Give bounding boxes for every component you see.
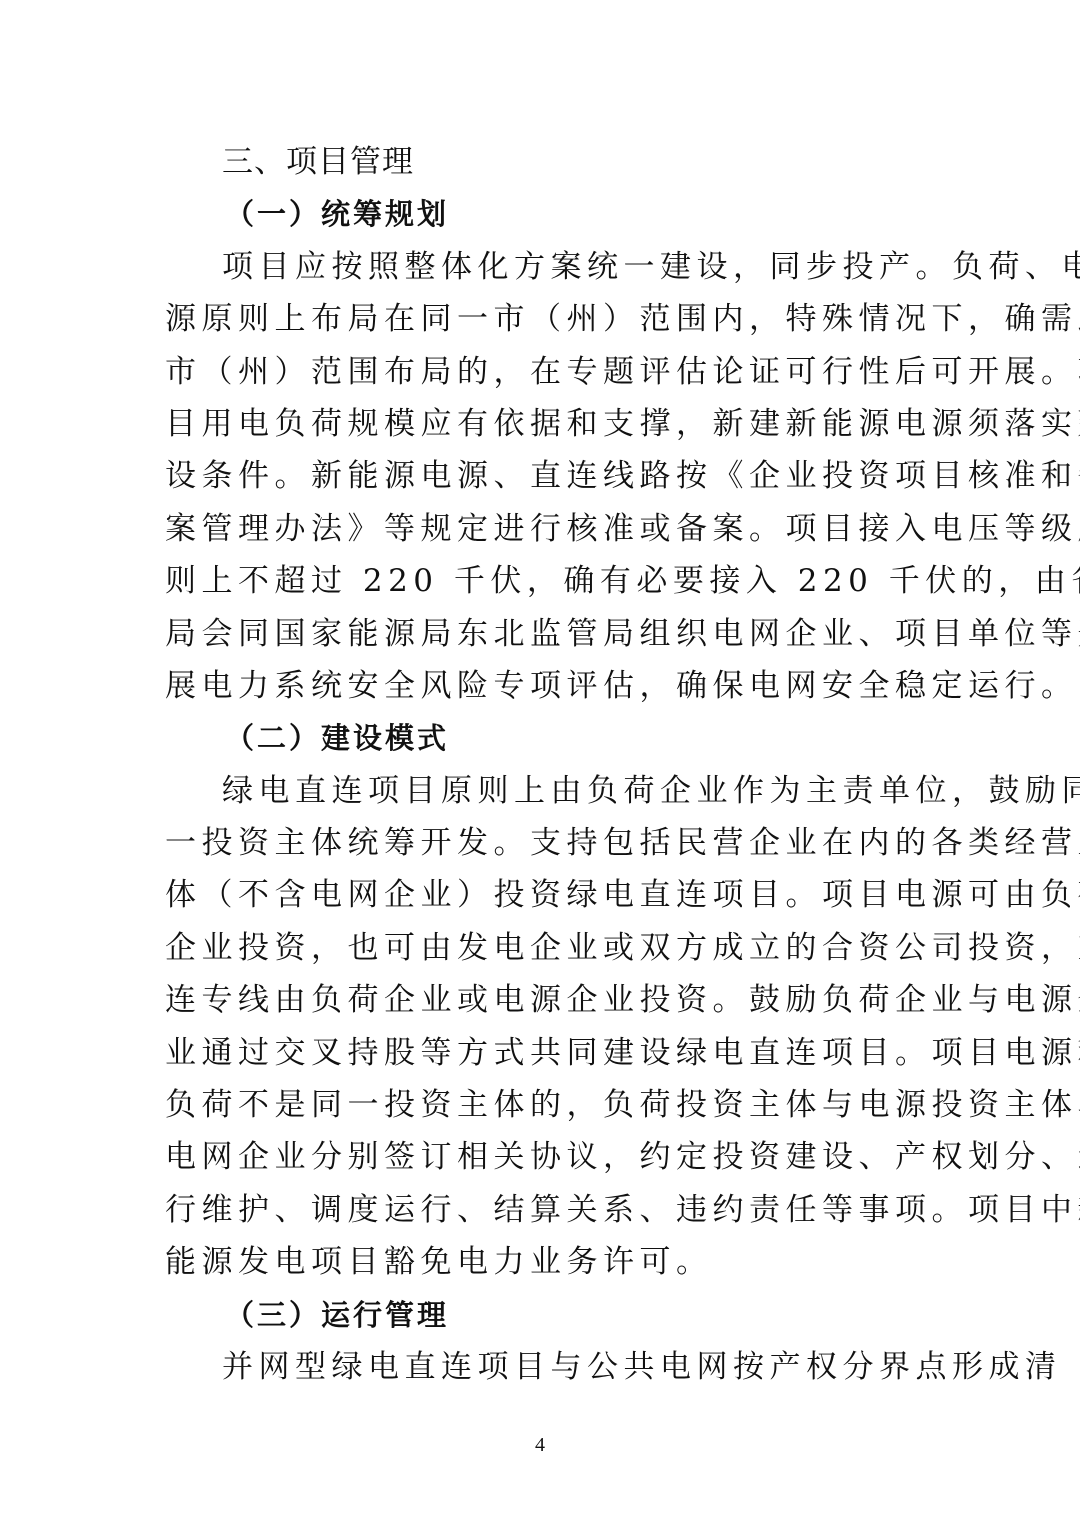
paragraph-line: 目用电负荷规模应有依据和支撑，新建新能源电源须落实建 xyxy=(165,398,917,450)
document-body: 三、项目管理 （一）统筹规划 项目应按照整体化方案统一建设，同步投产。负荷、电 … xyxy=(165,136,917,1393)
subsection-heading-planning: （一）统筹规划 xyxy=(165,188,917,240)
paragraph-line: 绿电直连项目原则上由负荷企业作为主责单位，鼓励同 xyxy=(165,765,917,817)
paragraph-line: 企业投资，也可由发电企业或双方成立的合资公司投资，直 xyxy=(165,922,917,974)
subsection-heading-construction-mode: （二）建设模式 xyxy=(165,712,917,764)
paragraph-line: 源原则上布局在同一市（州）范围内，特殊情况下，确需跨 xyxy=(165,293,917,345)
paragraph-line: 能源发电项目豁免电力业务许可。 xyxy=(165,1236,917,1288)
document-page: 三、项目管理 （一）统筹规划 项目应按照整体化方案统一建设，同步投产。负荷、电 … xyxy=(0,0,1080,1527)
paragraph-line: 设条件。新能源电源、直连线路按《企业投资项目核准和备 xyxy=(165,450,917,502)
section-title: 三、项目管理 xyxy=(165,136,917,188)
paragraph-line: 市（州）范围布局的，在专题评估论证可行性后可开展。项 xyxy=(165,346,917,398)
paragraph-line: 连专线由负荷企业或电源企业投资。鼓励负荷企业与电源企 xyxy=(165,974,917,1026)
paragraph-line: 业通过交叉持股等方式共同建设绿电直连项目。项目电源和 xyxy=(165,1027,917,1079)
paragraph-line: 行维护、调度运行、结算关系、违约责任等事项。项目中新 xyxy=(165,1184,917,1236)
paragraph-line: 局会同国家能源局东北监管局组织电网企业、项目单位等开 xyxy=(165,608,917,660)
paragraph-line: 电网企业分别签订相关协议，约定投资建设、产权划分、运 xyxy=(165,1131,917,1183)
paragraph-line: 项目应按照整体化方案统一建设，同步投产。负荷、电 xyxy=(165,241,917,293)
paragraph-line: 案管理办法》等规定进行核准或备案。项目接入电压等级原 xyxy=(165,503,917,555)
subsection-heading-operation-management: （三）运行管理 xyxy=(165,1289,917,1341)
paragraph-line: 体（不含电网企业）投资绿电直连项目。项目电源可由负荷 xyxy=(165,869,917,921)
paragraph-line: 一投资主体统筹开发。支持包括民营企业在内的各类经营主 xyxy=(165,817,917,869)
paragraph-line: 展电力系统安全风险专项评估，确保电网安全稳定运行。 xyxy=(165,660,917,712)
paragraph-line: 负荷不是同一投资主体的，负荷投资主体与电源投资主体、 xyxy=(165,1079,917,1131)
paragraph-line: 并网型绿电直连项目与公共电网按产权分界点形成清 xyxy=(165,1341,917,1393)
page-number: 4 xyxy=(0,1434,1080,1457)
paragraph-line: 则上不超过 220 千伏，确有必要接入 220 千伏的，由省能源 xyxy=(165,555,917,607)
